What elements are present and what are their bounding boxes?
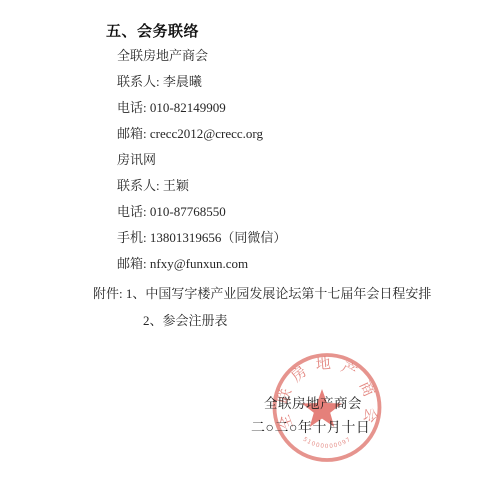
mobile-line: 手机: 13801319656（同微信）	[117, 225, 286, 251]
seal-ring-char: 地	[315, 354, 332, 373]
seal-org-name: 全联房地产商会	[264, 392, 362, 412]
phone-line-2: 电话: 010-87768550	[117, 199, 286, 225]
contact-block: 全联房地产商会 联系人: 李晨曦 电话: 010-82149909 邮箱: cr…	[117, 43, 286, 277]
seal-ring-char: 房	[288, 363, 310, 386]
org-name-line: 全联房地产商会	[117, 43, 286, 69]
official-seal: 全 联 房 地 产 商 会 5100000009752 全联房地产商会 二○二○…	[245, 325, 410, 490]
org-name-line-2: 房讯网	[117, 147, 286, 173]
contact-person-line: 联系人: 李晨曦	[117, 69, 286, 95]
email-line: 邮箱: crecc2012@crecc.org	[117, 121, 286, 147]
attachment-line-1: 附件: 1、中国写字楼产业园发展论坛第十七届年会日程安排	[93, 281, 431, 308]
contact-person-line-2: 联系人: 王颖	[117, 173, 286, 199]
phone-line: 电话: 010-82149909	[117, 95, 286, 121]
email-line-2: 邮箱: nfxy@funxun.com	[117, 251, 286, 277]
seal-date: 二○二○年十月十日	[251, 417, 370, 437]
document-page: 五、会务联络 全联房地产商会 联系人: 李晨曦 电话: 010-82149909…	[0, 0, 500, 500]
section-heading: 五、会务联络	[106, 20, 199, 41]
